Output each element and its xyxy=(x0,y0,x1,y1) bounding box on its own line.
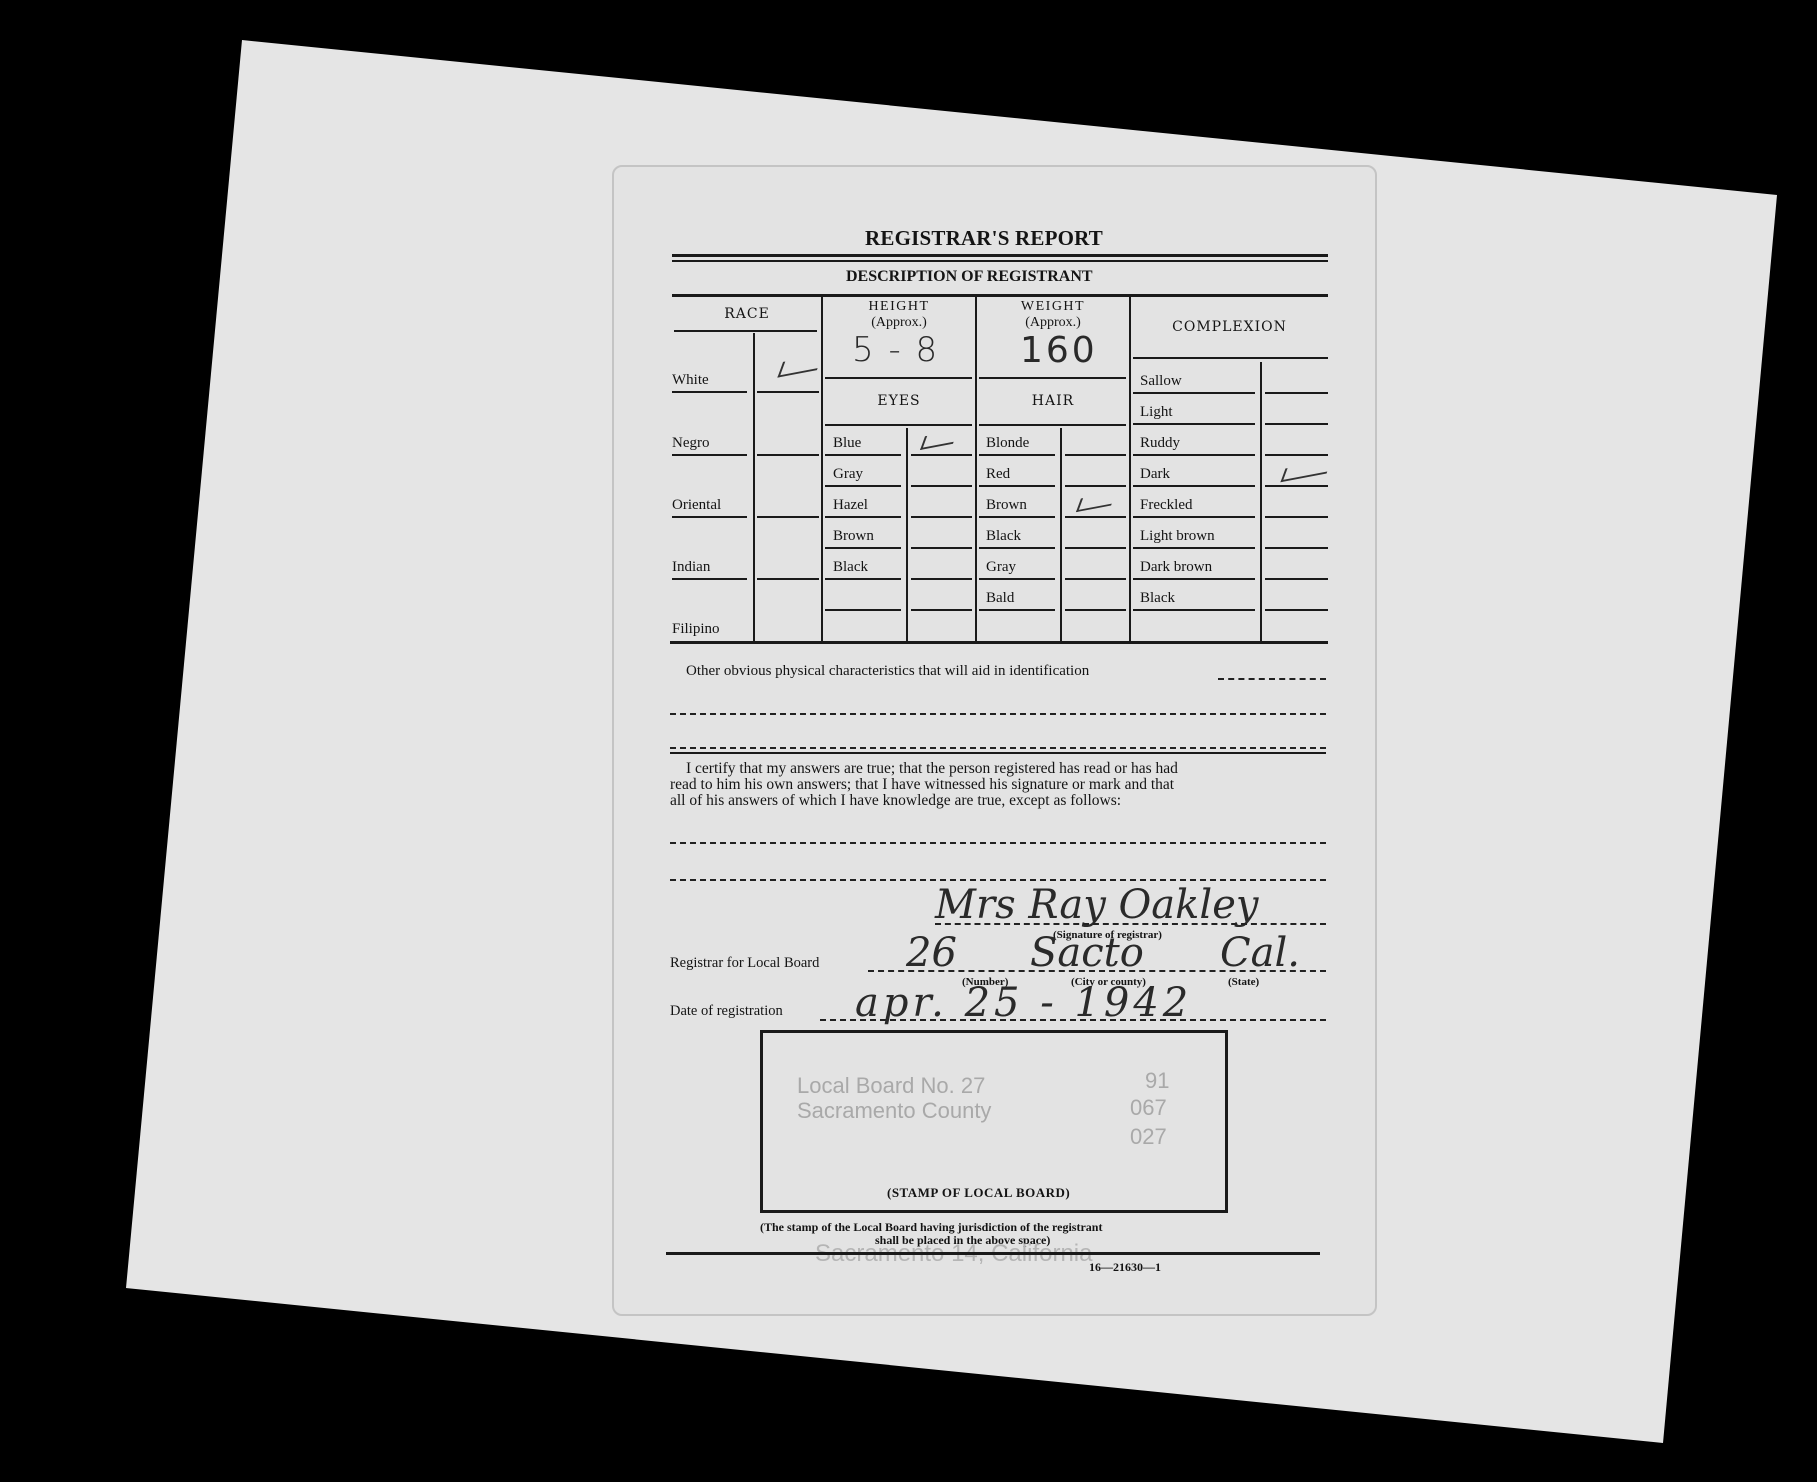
stamp-code-3: 027 xyxy=(1130,1124,1167,1150)
race-header: RACE xyxy=(672,306,822,322)
certification-line-1: I certify that my answers are true; that… xyxy=(686,761,1178,777)
height-value[interactable]: 5 - 8 xyxy=(852,330,939,370)
row-rule xyxy=(1133,392,1255,394)
eyes-header-rule xyxy=(825,424,972,426)
eyes-option-gray: Gray xyxy=(833,466,863,483)
race-header-rule xyxy=(674,330,817,332)
hair-header-rule xyxy=(979,424,1126,426)
row-rule xyxy=(1265,609,1328,611)
title-double-rule-bottom xyxy=(672,260,1328,262)
row-rule xyxy=(911,547,972,549)
complexion-option-light: Light xyxy=(1140,404,1173,421)
local-board-label: Registrar for Local Board xyxy=(670,955,819,972)
complexion-option-freckled: Freckled xyxy=(1140,497,1192,514)
race-option-indian: Indian xyxy=(672,559,710,576)
row-rule xyxy=(1065,454,1126,456)
race-option-negro: Negro xyxy=(672,435,710,452)
row-rule xyxy=(1265,423,1328,425)
hair-header: HAIR xyxy=(977,393,1129,409)
height-header: HEIGHT xyxy=(823,299,975,315)
hair-option-bald: Bald xyxy=(986,590,1014,607)
table-top-rule xyxy=(672,294,1328,297)
exceptions-input-line-2[interactable] xyxy=(670,879,1326,881)
eyes-option-brown: Brown xyxy=(833,528,874,545)
date-of-registration-label: Date of registration xyxy=(670,1003,783,1020)
complexion-option-light-brown: Light brown xyxy=(1140,528,1215,545)
weight-header: WEIGHT xyxy=(977,299,1129,315)
complexion-header-rule xyxy=(1133,357,1328,359)
certification-line-3: all of his answers of which I have knowl… xyxy=(670,793,1121,809)
other-characteristics-input-line-2[interactable] xyxy=(670,713,1326,715)
height-weight-divider xyxy=(975,296,977,641)
table-bottom-rule xyxy=(670,641,1328,644)
row-rule xyxy=(825,516,901,518)
section-rule xyxy=(670,752,1326,754)
row-rule xyxy=(1065,516,1126,518)
hair-option-brown: Brown xyxy=(986,497,1027,514)
stamp-caption: (STAMP OF LOCAL BOARD) xyxy=(887,1185,1070,1201)
row-rule xyxy=(1065,578,1126,580)
row-rule xyxy=(911,485,972,487)
row-rule xyxy=(757,391,819,393)
weight-approx-label: (Approx.) xyxy=(977,315,1129,331)
row-rule xyxy=(825,578,901,580)
complexion-option-dark: Dark xyxy=(1140,466,1170,483)
row-rule xyxy=(1265,485,1328,487)
row-rule xyxy=(672,578,747,580)
stamp-line-2: Sacramento County xyxy=(797,1098,991,1124)
row-rule xyxy=(979,516,1055,518)
exceptions-input-line-1[interactable] xyxy=(670,842,1326,844)
row-rule xyxy=(1065,485,1126,487)
signature-line xyxy=(935,923,1326,925)
row-rule xyxy=(1133,423,1255,425)
row-rule xyxy=(757,578,819,580)
race-option-white: White xyxy=(672,372,709,389)
hair-option-gray: Gray xyxy=(986,559,1016,576)
certification-line-2: read to him his own answers; that I have… xyxy=(670,777,1174,793)
row-rule xyxy=(757,454,819,456)
complexion-col-divider xyxy=(1129,296,1131,641)
state-caption: (State) xyxy=(1228,976,1259,988)
hair-option-blonde: Blonde xyxy=(986,435,1029,452)
race-option-filipino: Filipino xyxy=(672,621,720,638)
eyes-option-blue: Blue xyxy=(833,435,861,452)
row-rule xyxy=(1265,547,1328,549)
complexion-check-divider xyxy=(1260,362,1262,641)
row-rule xyxy=(911,578,972,580)
weight-value[interactable]: 160 xyxy=(1020,330,1098,371)
row-rule xyxy=(979,454,1055,456)
stamp-code-2: 067 xyxy=(1130,1095,1167,1121)
title-double-rule-top xyxy=(672,254,1328,257)
row-rule xyxy=(757,516,819,518)
other-characteristics-input-line-3[interactable] xyxy=(670,747,1326,749)
row-rule xyxy=(825,547,901,549)
row-rule xyxy=(1133,609,1255,611)
page-title: REGISTRAR'S REPORT xyxy=(865,226,1103,251)
form-number: 16—21630—1 xyxy=(1089,1260,1161,1275)
row-rule xyxy=(672,454,747,456)
local-board-state[interactable]: Cal. xyxy=(1220,930,1300,976)
row-rule xyxy=(1265,516,1328,518)
row-rule xyxy=(1133,485,1255,487)
local-board-city[interactable]: Sacto xyxy=(1030,930,1144,976)
row-rule xyxy=(979,609,1055,611)
row-rule xyxy=(825,454,901,456)
other-characteristics-label: Other obvious physical characteristics t… xyxy=(686,663,1089,680)
registrar-signature[interactable]: Mrs Ray Oakley xyxy=(935,882,1258,928)
date-of-registration-value[interactable]: apr. 25 - 1942 xyxy=(855,980,1192,1026)
row-rule xyxy=(1133,578,1255,580)
row-rule xyxy=(672,516,747,518)
eyes-check-divider xyxy=(906,428,908,641)
weight-rule xyxy=(979,377,1126,379)
row-rule xyxy=(1133,454,1255,456)
row-rule xyxy=(911,516,972,518)
eyes-option-hazel: Hazel xyxy=(833,497,868,514)
row-rule xyxy=(979,578,1055,580)
complexion-option-dark-brown: Dark brown xyxy=(1140,559,1212,576)
local-board-number[interactable]: 26 xyxy=(906,930,957,976)
row-rule xyxy=(1265,392,1328,394)
height-rule xyxy=(825,377,972,379)
complexion-option-black: Black xyxy=(1140,590,1175,607)
eyes-header: EYES xyxy=(823,393,975,409)
race-option-oriental: Oriental xyxy=(672,497,721,514)
race-col-divider xyxy=(821,296,823,641)
section-title: DESCRIPTION OF REGISTRANT xyxy=(846,268,1093,286)
row-rule xyxy=(911,454,972,456)
complexion-option-sallow: Sallow xyxy=(1140,373,1182,390)
other-characteristics-input-line-1[interactable] xyxy=(1218,678,1326,680)
row-rule xyxy=(911,609,972,611)
hair-check-divider xyxy=(1060,428,1062,641)
row-rule xyxy=(1133,516,1255,518)
row-rule xyxy=(672,391,747,393)
stamp-code-1: 91 xyxy=(1145,1068,1169,1094)
footer-rule xyxy=(666,1252,1320,1255)
hair-option-red: Red xyxy=(986,466,1010,483)
row-rule xyxy=(825,609,901,611)
complexion-header: COMPLEXION xyxy=(1131,319,1328,335)
eyes-option-black: Black xyxy=(833,559,868,576)
stamp-line-1: Local Board No. 27 xyxy=(797,1073,985,1099)
row-rule xyxy=(979,547,1055,549)
row-rule xyxy=(1133,547,1255,549)
row-rule xyxy=(1265,578,1328,580)
row-rule xyxy=(1265,454,1328,456)
row-rule xyxy=(825,485,901,487)
row-rule xyxy=(1065,609,1126,611)
hair-option-black: Black xyxy=(986,528,1021,545)
height-approx-label: (Approx.) xyxy=(823,315,975,331)
row-rule xyxy=(979,485,1055,487)
complexion-option-ruddy: Ruddy xyxy=(1140,435,1180,452)
row-rule xyxy=(1065,547,1126,549)
race-check-divider xyxy=(753,333,755,641)
